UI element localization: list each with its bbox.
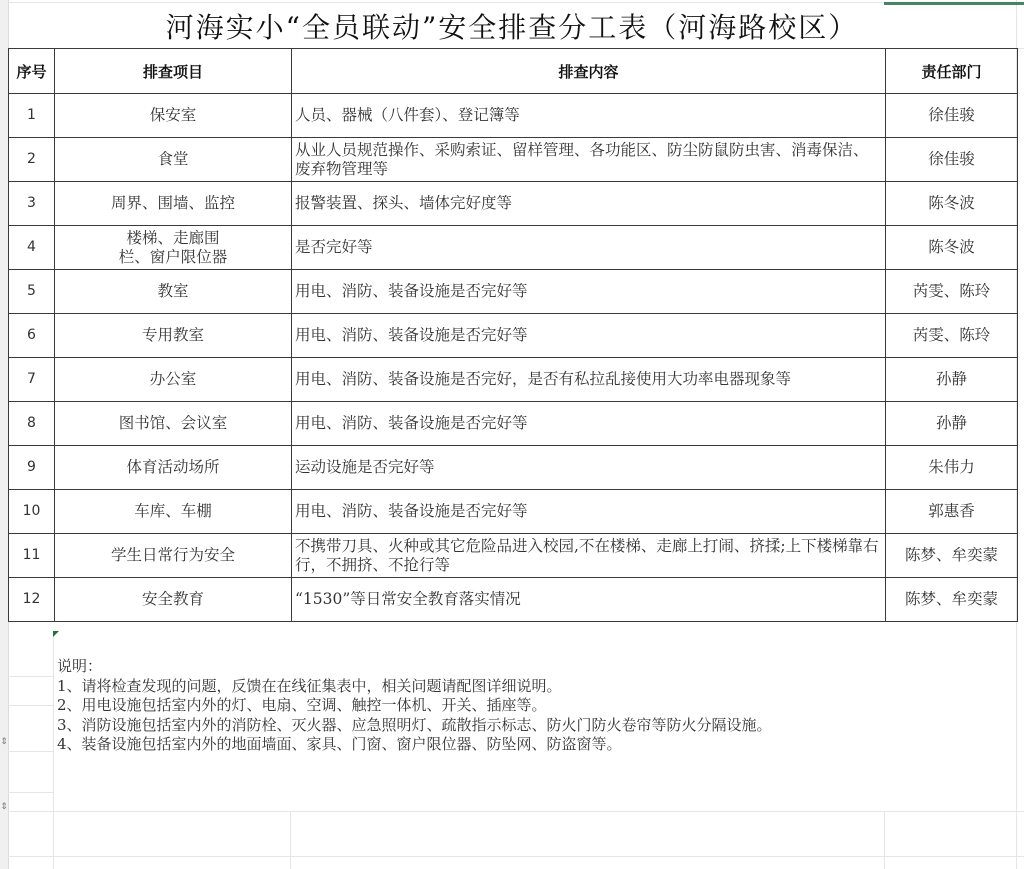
cell-item[interactable]: 学生日常行为安全 (55, 534, 292, 578)
cell-index[interactable]: 11 (9, 534, 55, 578)
cell-dept[interactable]: 芮雯、陈玲 (886, 314, 1018, 358)
gridline (8, 2, 1024, 3)
gridline (8, 856, 1024, 857)
cell-index[interactable]: 3 (9, 182, 55, 226)
cell-content[interactable]: 用电、消防、装备设施是否完好等 (292, 402, 886, 446)
cell-index[interactable]: 9 (9, 446, 55, 490)
cell-item[interactable]: 专用教室 (55, 314, 292, 358)
cell-content[interactable]: 报警装置、探头、墙体完好度等 (292, 182, 886, 226)
cell-index[interactable]: 2 (9, 138, 55, 182)
gridline (290, 812, 291, 869)
cell-dept[interactable]: 朱伟力 (886, 446, 1018, 490)
cell-index[interactable]: 8 (9, 402, 55, 446)
header-content[interactable]: 排查内容 (292, 49, 886, 94)
table-row: 9 体育活动场所 运动设施是否完好等 朱伟力 (9, 446, 1018, 490)
table-row: 4 楼梯、走廊围栏、窗户限位器 是否完好等 陈冬波 (9, 226, 1018, 270)
row-resize-handle-icon[interactable]: ⇕ (0, 738, 8, 746)
cell-dept[interactable]: 徐佳骏 (886, 94, 1018, 138)
sheet-title[interactable]: 河海实小“全员联动”安全排查分工表（河海路校区） (8, 5, 1016, 47)
gridline (8, 705, 54, 706)
table-row: 11 学生日常行为安全 不携带刀具、火种或其它危险品进入校园,不在楼梯、走廊上打… (9, 534, 1018, 578)
cell-item[interactable]: 体育活动场所 (55, 446, 292, 490)
table-header-row: 序号 排查项目 排查内容 责任部门 (9, 49, 1018, 94)
table-row: 2 食堂 从业人员规范操作、采购索证、留样管理、各功能区、防尘防鼠防虫害、消毒保… (9, 138, 1018, 182)
cell-dept[interactable]: 陈梦、牟奕蒙 (886, 534, 1018, 578)
cell-item[interactable]: 安全教育 (55, 578, 292, 622)
cell-dept[interactable]: 郭惠香 (886, 490, 1018, 534)
cell-dept[interactable]: 陈梦、牟奕蒙 (886, 578, 1018, 622)
cell-content[interactable]: 运动设施是否完好等 (292, 446, 886, 490)
cell-dept[interactable]: 陈冬波 (886, 226, 1018, 270)
cell-dept[interactable]: 孙静 (886, 402, 1018, 446)
table-row: 10 车库、车棚 用电、消防、装备设施是否完好等 郭惠香 (9, 490, 1018, 534)
cell-item[interactable]: 楼梯、走廊围栏、窗户限位器 (55, 226, 292, 270)
cell-index[interactable]: 7 (9, 358, 55, 402)
cell-dept[interactable]: 陈冬波 (886, 182, 1018, 226)
cell-dept[interactable]: 孙静 (886, 358, 1018, 402)
table-row: 8 图书馆、会议室 用电、消防、装备设施是否完好等 孙静 (9, 402, 1018, 446)
cell-index[interactable]: 4 (9, 226, 55, 270)
table-row: 1 保安室 人员、器械（八件套）、登记簿等 徐佳骏 (9, 94, 1018, 138)
table-row: 3 周界、围墙、监控 报警装置、探头、墙体完好度等 陈冬波 (9, 182, 1018, 226)
cell-content[interactable]: 是否完好等 (292, 226, 886, 270)
cell-item[interactable]: 办公室 (55, 358, 292, 402)
cell-content[interactable]: 用电、消防、装备设施是否完好等 (292, 314, 886, 358)
notes-heading: 说明： (57, 657, 772, 677)
header-item[interactable]: 排查项目 (55, 49, 292, 94)
table-row: 12 安全教育 “1530”等日常安全教育落实情况 陈梦、牟奕蒙 (9, 578, 1018, 622)
cell-content[interactable]: 用电、消防、装备设施是否完好，是否有私拉乱接使用大功率电器现象等 (292, 358, 886, 402)
notes-section[interactable]: 说明： 1、请将检查发现的问题，反馈在在线征集表中，相关问题请配图详细说明。 2… (57, 657, 772, 755)
cell-index[interactable]: 12 (9, 578, 55, 622)
gridline (8, 751, 54, 752)
cell-index[interactable]: 6 (9, 314, 55, 358)
cell-comment-marker-icon (53, 631, 59, 637)
gridline (884, 812, 885, 869)
cell-dept[interactable]: 徐佳骏 (886, 138, 1018, 182)
cell-content[interactable]: 用电、消防、装备设施是否完好等 (292, 490, 886, 534)
cell-dept[interactable]: 芮雯、陈玲 (886, 270, 1018, 314)
cell-item[interactable]: 图书馆、会议室 (55, 402, 292, 446)
cell-item[interactable]: 食堂 (55, 138, 292, 182)
cell-content[interactable]: 从业人员规范操作、采购索证、留样管理、各功能区、防尘防鼠防虫害、消毒保洁、废弃物… (292, 138, 886, 182)
note-line: 1、请将检查发现的问题，反馈在在线征集表中，相关问题请配图详细说明。 (57, 677, 772, 697)
cell-index[interactable]: 10 (9, 490, 55, 534)
header-index[interactable]: 序号 (9, 49, 55, 94)
table-row: 5 教室 用电、消防、装备设施是否完好等 芮雯、陈玲 (9, 270, 1018, 314)
assignment-table: 序号 排查项目 排查内容 责任部门 1 保安室 人员、器械（八件套）、登记簿等 … (8, 48, 1018, 622)
note-line: 4、装备设施包括室内外的地面墙面、家具、门窗、窗户限位器、防坠网、防盗窗等。 (57, 735, 772, 755)
cell-item[interactable]: 保安室 (55, 94, 292, 138)
cell-content[interactable]: 人员、器械（八件套）、登记簿等 (292, 94, 886, 138)
cell-index[interactable]: 1 (9, 94, 55, 138)
header-dept[interactable]: 责任部门 (886, 49, 1018, 94)
gridline (8, 811, 1024, 812)
row-resize-handle-icon[interactable]: ⇕ (0, 803, 8, 811)
cell-content[interactable]: “1530”等日常安全教育落实情况 (292, 578, 886, 622)
note-line: 3、消防设施包括室内外的消防栓、灭火器、应急照明灯、疏散指示标志、防火门防火卷帘… (57, 716, 772, 736)
cell-item[interactable]: 车库、车棚 (55, 490, 292, 534)
cell-item[interactable]: 教室 (55, 270, 292, 314)
spreadsheet-sheet: ⇕ ⇕ 河海实小“全员联动”安全排查分工表（河海路校区） 序号 排查项目 排查内… (0, 0, 1024, 869)
cell-content[interactable]: 用电、消防、装备设施是否完好等 (292, 270, 886, 314)
gridline (8, 676, 54, 677)
cell-content[interactable]: 不携带刀具、火种或其它危险品进入校园,不在楼梯、走廊上打闹、挤揉;上下楼梯靠右行… (292, 534, 886, 578)
table-row: 6 专用教室 用电、消防、装备设施是否完好等 芮雯、陈玲 (9, 314, 1018, 358)
cell-index[interactable]: 5 (9, 270, 55, 314)
note-line: 2、用电设施包括室内外的灯、电扇、空调、触控一体机、开关、插座等。 (57, 696, 772, 716)
gridline (8, 792, 54, 793)
cell-item[interactable]: 周界、围墙、监控 (55, 182, 292, 226)
table-row: 7 办公室 用电、消防、装备设施是否完好，是否有私拉乱接使用大功率电器现象等 孙… (9, 358, 1018, 402)
